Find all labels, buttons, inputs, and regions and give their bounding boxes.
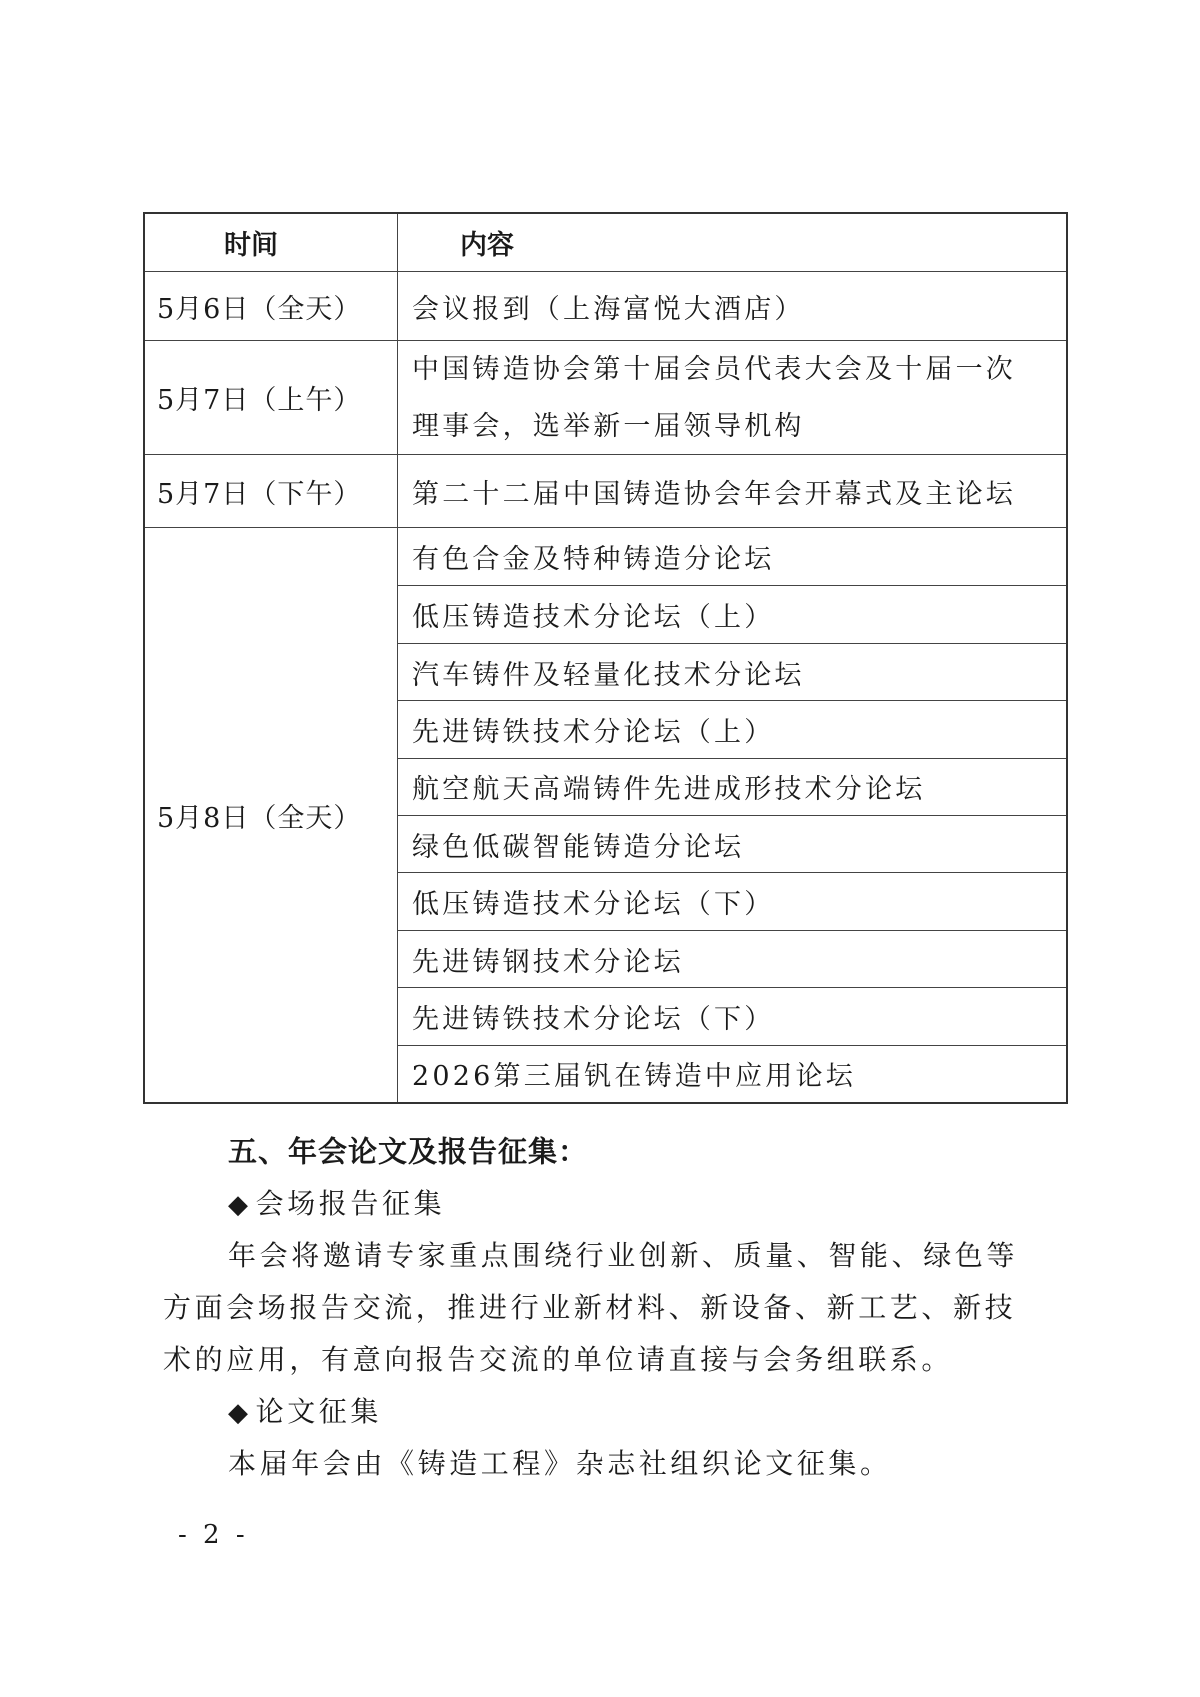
row-content: 会议报到（上海富悦大酒店） bbox=[398, 272, 1066, 340]
forum-session: 汽车铸件及轻量化技术分论坛 bbox=[398, 643, 1066, 700]
row-content: 第二十二届中国铸造协会年会开幕式及主论坛 bbox=[398, 455, 1066, 527]
table-row: 5月6日（全天） 会议报到（上海富悦大酒店） bbox=[145, 271, 1066, 340]
row-time: 5月6日（全天） bbox=[145, 272, 398, 340]
row-content: 中国铸造协会第十届会员代表大会及十届一次 理事会，选举新一届领导机构 bbox=[398, 341, 1066, 454]
header-content: 内容 bbox=[398, 214, 1066, 271]
forum-session: 先进铸钢技术分论坛 bbox=[398, 930, 1066, 987]
row-content-line: 理事会，选举新一届领导机构 bbox=[412, 398, 1066, 455]
forum-session: 先进铸铁技术分论坛（下） bbox=[398, 987, 1066, 1044]
row-time: 5月7日（上午） bbox=[145, 341, 398, 454]
subsection-paper-call: ◆论文征集 bbox=[228, 1390, 382, 1430]
forum-session: 低压铸造技术分论坛（上） bbox=[398, 585, 1066, 642]
forum-session: 先进铸铁技术分论坛（上） bbox=[398, 700, 1066, 757]
diamond-bullet-icon: ◆ bbox=[228, 1398, 252, 1428]
subsection-venue-report: ◆会场报告征集 bbox=[228, 1182, 445, 1222]
row-time: 5月7日（下午） bbox=[145, 455, 398, 527]
forum-session: 2026第三届钒在铸造中应用论坛 bbox=[398, 1045, 1066, 1102]
row-time: 5月8日（全天） bbox=[145, 528, 398, 1102]
table-row: 5月7日（上午） 中国铸造协会第十届会员代表大会及十届一次 理事会，选举新一届领… bbox=[145, 340, 1066, 454]
table-header-row: 时间 内容 bbox=[145, 214, 1066, 271]
table-row: 5月8日（全天） 有色合金及特种铸造分论坛 低压铸造技术分论坛（上） 汽车铸件及… bbox=[145, 527, 1066, 1102]
paragraph-line: 年会将邀请专家重点围绕行业创新、质量、智能、绿色等 bbox=[228, 1234, 1018, 1274]
header-time: 时间 bbox=[145, 214, 398, 271]
section-heading: 五、年会论文及报告征集： bbox=[228, 1130, 588, 1171]
document-page: 时间 内容 5月6日（全天） 会议报到（上海富悦大酒店） 5月7日（上午） 中国… bbox=[0, 0, 1200, 1697]
schedule-table: 时间 内容 5月6日（全天） 会议报到（上海富悦大酒店） 5月7日（上午） 中国… bbox=[143, 212, 1068, 1104]
row-content-line: 中国铸造协会第十届会员代表大会及十届一次 bbox=[412, 341, 1066, 398]
forum-session: 有色合金及特种铸造分论坛 bbox=[398, 528, 1066, 585]
forum-list: 有色合金及特种铸造分论坛 低压铸造技术分论坛（上） 汽车铸件及轻量化技术分论坛 … bbox=[398, 528, 1066, 1102]
forum-session: 航空航天高端铸件先进成形技术分论坛 bbox=[398, 758, 1066, 815]
subsection-title: 论文征集 bbox=[256, 1395, 382, 1428]
paragraph-line: 术的应用，有意向报告交流的单位请直接与会务组联系。 bbox=[163, 1338, 953, 1378]
paragraph-line: 方面会场报告交流，推进行业新材料、新设备、新工艺、新技 bbox=[163, 1286, 1016, 1326]
row-content-text: 会议报到（上海富悦大酒店） bbox=[412, 287, 1066, 326]
paragraph-line: 本届年会由《铸造工程》杂志社组织论文征集。 bbox=[228, 1442, 892, 1482]
subsection-title: 会场报告征集 bbox=[256, 1187, 446, 1220]
forum-session: 低压铸造技术分论坛（下） bbox=[398, 872, 1066, 929]
row-content-text: 第二十二届中国铸造协会年会开幕式及主论坛 bbox=[412, 472, 1066, 511]
page-number: - 2 - bbox=[178, 1520, 249, 1550]
table-row: 5月7日（下午） 第二十二届中国铸造协会年会开幕式及主论坛 bbox=[145, 454, 1066, 527]
diamond-bullet-icon: ◆ bbox=[228, 1190, 252, 1220]
forum-session: 绿色低碳智能铸造分论坛 bbox=[398, 815, 1066, 872]
